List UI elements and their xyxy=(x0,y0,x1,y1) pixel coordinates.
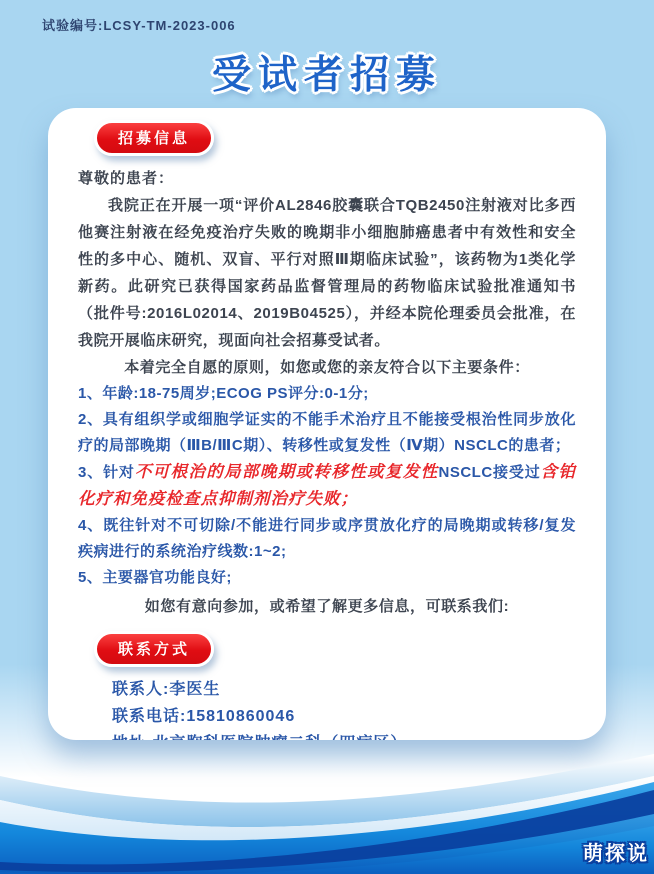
condition-3-highlight-1: 不可根治的局部晚期或转移性或复发性 xyxy=(135,463,439,481)
contact-phone: 联系电话:15810860046 xyxy=(112,703,576,730)
condition-4: 4、既往针对不可切除/不能进行同步或序贯放化疗的局晚期或转移/复发疾病进行的系统… xyxy=(78,513,576,565)
greeting: 尊敬的患者： xyxy=(78,165,576,192)
contact-block: 联系人:李医生 联系电话:15810860046 地址:北京胸科医院肿瘤二科（四… xyxy=(112,676,576,740)
content-card: 招募信息 尊敬的患者： 我院正在开展一项“评价AL2846胶囊联合TQB2450… xyxy=(48,108,606,740)
watermark: 萌探说 xyxy=(583,837,649,866)
intro-paragraph: 我院正在开展一项“评价AL2846胶囊联合TQB2450注射液对比多西他赛注射液… xyxy=(78,192,576,354)
contact-badge-row: 联系方式 xyxy=(78,631,576,667)
recruitment-poster: 试验编号:LCSY-TM-2023-006 受试者招募 招募信息 尊敬的患者： … xyxy=(0,0,654,874)
footer-wave-decoration xyxy=(0,742,654,874)
condition-1: 1、年龄:18-75周岁;ECOG PS评分:0-1分; xyxy=(78,381,576,407)
contact-info-badge: 联系方式 xyxy=(94,631,214,667)
condition-5: 5、主要器官功能良好; xyxy=(78,565,576,591)
recruit-info-badge: 招募信息 xyxy=(94,120,214,156)
principle-line: 本着完全自愿的原则，如您或您的亲友符合以下主要条件： xyxy=(78,354,576,381)
trial-number: 试验编号:LCSY-TM-2023-006 xyxy=(42,15,236,34)
contact-address: 地址:北京胸科医院肿瘤二科（四病区） xyxy=(112,730,576,740)
condition-3: 3、针对不可根治的局部晚期或转移性或复发性NSCLC接受过含铂化疗和免疫检查点抑… xyxy=(78,459,576,513)
cta-line: 如您有意向参加，或希望了解更多信息，可联系我们: xyxy=(78,593,576,620)
condition-2: 2、具有组织学或细胞学证实的不能手术治疗且不能接受根治性同步放化疗的局部晚期（Ⅲ… xyxy=(78,407,576,459)
contact-person: 联系人:李医生 xyxy=(112,676,576,703)
wave-graphic xyxy=(0,742,654,874)
recruit-badge-row: 招募信息 xyxy=(78,120,576,156)
condition-3-mid: NSCLC接受过 xyxy=(439,464,541,481)
condition-3-prefix: 3、针对 xyxy=(78,464,135,481)
conditions-list: 1、年龄:18-75周岁;ECOG PS评分:0-1分; 2、具有组织学或细胞学… xyxy=(78,381,576,591)
page-title: 受试者招募 xyxy=(0,44,654,100)
